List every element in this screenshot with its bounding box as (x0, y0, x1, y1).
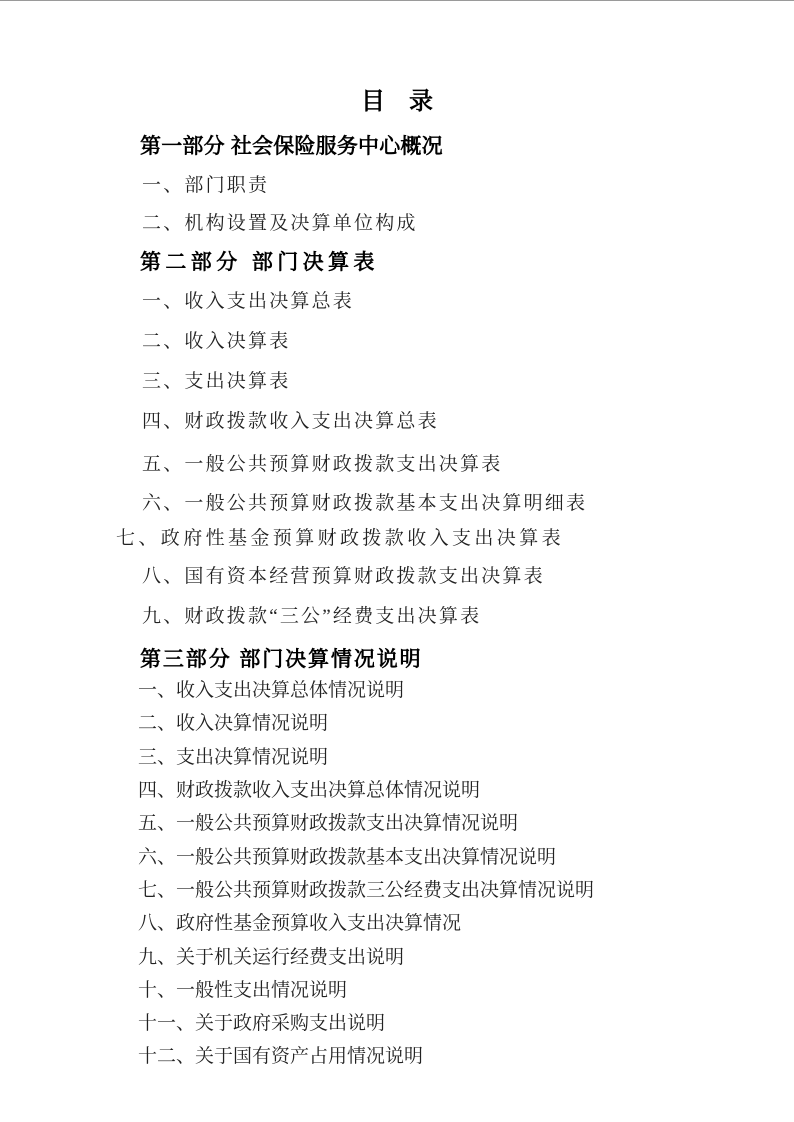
toc-item-s3-6: 六、一般公共预算财政拨款基本支出决算情况说明 (138, 848, 556, 867)
toc-item-s2-4: 四、财政拨款收入支出决算总表 (142, 412, 439, 431)
toc-item-s1-1: 一、部门职责 (142, 176, 269, 195)
toc-item-s3-10: 十、一般性支出情况说明 (138, 981, 347, 1000)
toc-section-heading-1: 第一部分 社会保险服务中心概况 (140, 136, 443, 157)
toc-item-s2-8: 八、国有资本经营预算财政拨款支出决算表 (142, 567, 545, 586)
toc-item-s2-1: 一、收入支出决算总表 (142, 292, 354, 311)
toc-item-s1-2: 二、机构设置及决算单位构成 (142, 214, 418, 233)
toc-item-s2-3: 三、支出决算表 (142, 372, 290, 391)
toc-item-s3-8: 八、政府性基金预算收入支出决算情况 (138, 914, 461, 933)
toc-item-s3-3: 三、支出决算情况说明 (138, 748, 328, 767)
toc-item-s2-5: 五、一般公共预算财政拨款支出决算表 (142, 455, 502, 474)
toc-item-s3-4: 四、财政拨款收入支出决算总体情况说明 (138, 781, 480, 800)
toc-item-s2-7: 七、政府性基金预算财政拨款收入支出决算表 (116, 529, 564, 548)
toc-item-s3-2: 二、收入决算情况说明 (138, 714, 328, 733)
toc-section-heading-3: 第三部分 部门决算情况说明 (140, 649, 423, 670)
toc-item-s2-2: 二、收入决算表 (142, 332, 290, 351)
toc-item-s3-5: 五、一般公共预算财政拨款支出决算情况说明 (138, 814, 518, 833)
toc-item-s2-6: 六、一般公共预算财政拨款基本支出决算明细表 (142, 494, 587, 513)
toc-section-heading-2: 第二部分 部门决算表 (140, 252, 379, 273)
toc-item-s2-9: 九、财政拨款“三公”经费支出决算表 (142, 607, 481, 626)
toc-item-s3-11: 十一、关于政府采购支出说明 (138, 1014, 385, 1033)
toc-item-s3-9: 九、关于机关运行经费支出说明 (138, 948, 404, 967)
toc-item-s3-7: 七、一般公共预算财政拨款三公经费支出决算情况说明 (138, 881, 594, 900)
page-top-edge (0, 0, 794, 1)
toc-item-s3-12: 十二、关于国有资产占用情况说明 (138, 1047, 423, 1066)
document-page: 目 录 第一部分 社会保险服务中心概况一、部门职责二、机构设置及决算单位构成第二… (0, 0, 794, 1122)
toc-title: 目 录 (0, 90, 794, 114)
toc-item-s3-1: 一、收入支出决算总体情况说明 (138, 681, 404, 700)
